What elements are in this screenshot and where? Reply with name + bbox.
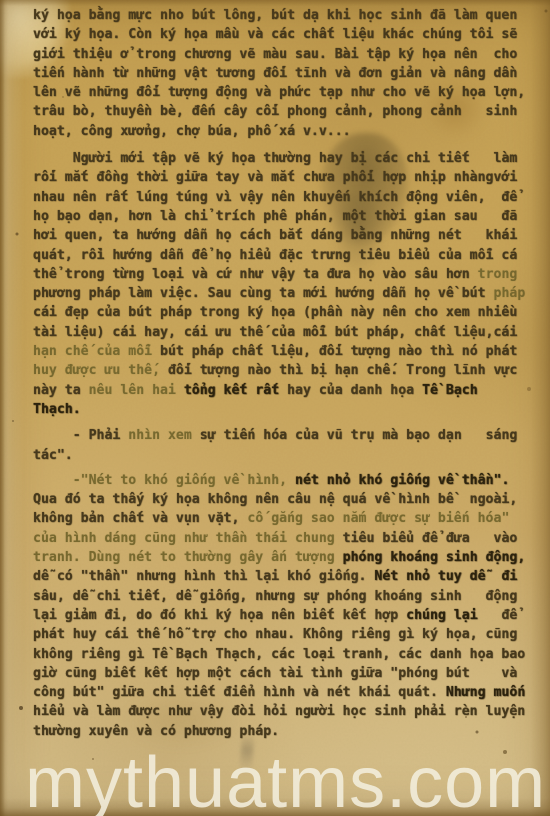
text-line: giới thiệu ở trong chương vẽ màu sau. Bà… — [33, 45, 533, 64]
text-line: tác". — [33, 446, 533, 465]
text-line: giờ cũng biết kết hợp một cách tài tình … — [33, 664, 533, 683]
text-line: dễ có "thần" nhưng hình thì lại khó giốn… — [33, 567, 533, 586]
text-line: của hình dáng cũng như thần thái chung t… — [33, 529, 533, 548]
text-line: Qua đó ta thấy ký họa không nên câu nệ q… — [33, 490, 533, 509]
text-line: rối mắt đồng thời giữa tay và mắt chưa p… — [33, 168, 533, 187]
text-line: ký họa bằng mực nho bút lông, bút dạ khi… — [33, 6, 533, 25]
text-line: sâu, dễ chi tiết, dễ giống, nhưng sự phó… — [33, 587, 533, 606]
text-line: không riêng gì Tề Bạch Thạch, các loại t… — [33, 645, 533, 664]
document-text: ký họa bằng mực nho bút lông, bút dạ khi… — [33, 6, 533, 741]
text-line: -"Nét to khó giống về hình, nét nhỏ khó … — [33, 471, 533, 490]
text-line: họ bạo dạn, hơn là chỉ trích phê phán, m… — [33, 207, 533, 226]
text-line: hiểu và làm được như vậy đòi hỏi người h… — [33, 702, 533, 721]
text-line: phương pháp làm việc. Sau cùng ta mới hư… — [33, 284, 533, 303]
text-line: cái đẹp của bút pháp trong ký họa (phần … — [33, 303, 533, 322]
text-line: phát huy cái thế hỗ trợ cho nhau. Không … — [33, 625, 533, 644]
text-line: lên vẽ những đối tượng động và phức tạp … — [33, 83, 533, 102]
text-line: Người mới tập vẽ ký họa thường hay bị cá… — [33, 149, 533, 168]
text-line: trâu bò, thuyền bè, đến cây cối phong cả… — [33, 102, 533, 121]
text-line: lại giảm đi, do đó khi ký họa nên biết k… — [33, 606, 533, 625]
text-line: không bản chất và vụn vặt, cố gắng sao n… — [33, 509, 533, 528]
text-line: hơi quen, ta hướng dẫn họ cách bắt dáng … — [33, 226, 533, 245]
paragraph: -"Nét to khó giống về hình, nét nhỏ khó … — [33, 471, 533, 741]
paragraph: - Phải nhìn xem sự tiến hóa của vũ trụ m… — [33, 426, 533, 465]
text-line: tài liệu) cái hay, cái ưu thế của mỗi bú… — [33, 323, 533, 342]
text-line: nhau nên rất lúng túng vì vậy nên khuyến… — [33, 188, 533, 207]
text-line: quát, rồi hướng dẫn để họ hiểu đặc trưng… — [33, 246, 533, 265]
paper-left-edge — [0, 0, 24, 816]
paragraph: Người mới tập vẽ ký họa thường hay bị cá… — [33, 149, 533, 419]
text-line: tranh. Dùng nét to thường gây ấn tượng p… — [33, 548, 533, 567]
text-line: công bút" giữa chi tiết điển hình và nét… — [33, 683, 533, 702]
paragraph: ký họa bằng mực nho bút lông, bút dạ khi… — [33, 6, 533, 141]
text-line: với ký họa. Còn ký họa mầu và các chất l… — [33, 25, 533, 44]
text-line: huy được ưu thế, đối tượng nào thì bị hạ… — [33, 361, 533, 380]
text-line: hạn chế của mỗi bút pháp chất liệu, đối … — [33, 342, 533, 361]
text-line: thường xuyên và có phương pháp. — [33, 722, 533, 741]
text-line: hoạt, công xưởng, chợ búa, phố xá v.v... — [33, 122, 533, 141]
text-line: thể trong từng loại và cứ như vậy ta đưa… — [33, 265, 533, 284]
watermark-text: mythuatms.com — [25, 747, 546, 816]
text-line: - Phải nhìn xem sự tiến hóa của vũ trụ m… — [33, 426, 533, 445]
text-line: tiến hành từ những vật tương đối tĩnh và… — [33, 64, 533, 83]
text-line: này ta nêu lên hai tổng kết rất hay của … — [33, 381, 533, 420]
